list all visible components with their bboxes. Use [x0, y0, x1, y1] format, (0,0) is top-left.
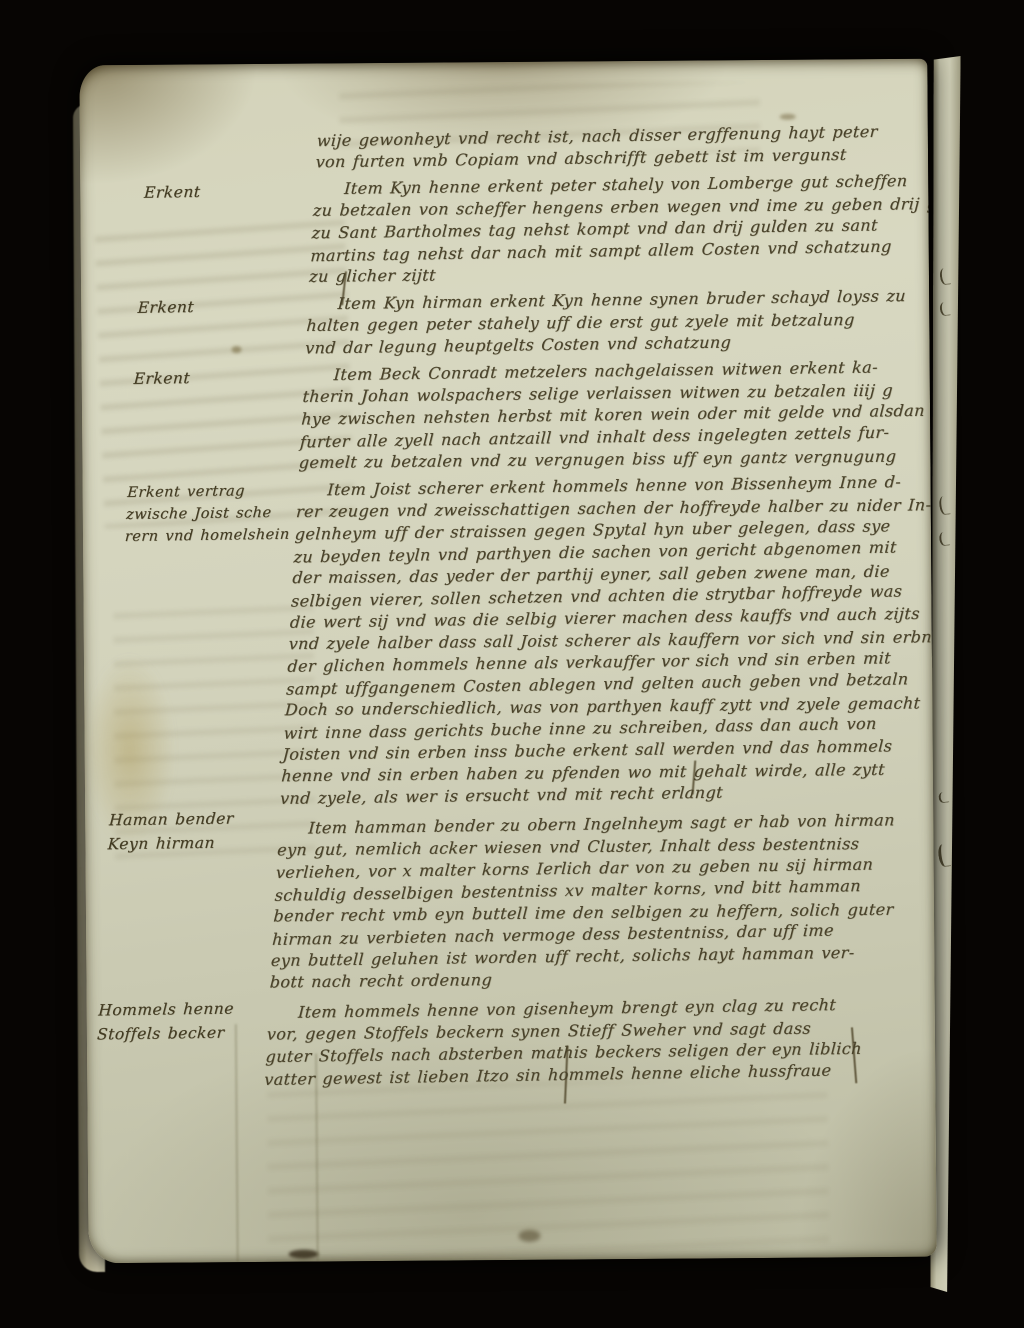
- margin-note-line: Hommels henne: [98, 996, 261, 1022]
- photo-scene: wije gewonheyt vnd recht ist, nach disse…: [0, 0, 1024, 1328]
- margin-note-line: zwische Joist sche: [125, 502, 288, 526]
- margin-note: Haman bender Keyn hirman: [107, 806, 272, 856]
- margin-note-line: Erkent: [143, 178, 306, 204]
- stain: [780, 114, 796, 120]
- clipped-ink-mark: [938, 495, 951, 515]
- margin-note-line: Erkent vertrag: [127, 480, 290, 504]
- clipped-ink-mark: [938, 791, 949, 803]
- margin-note-line: Stoffels becker: [96, 1020, 259, 1046]
- margin-note: Erkent: [137, 294, 300, 320]
- register-entry: Haman bender Keyn hirman Item hamman ben…: [269, 809, 937, 994]
- register-entry: Hommels henne Stoffels becker Item homme…: [264, 993, 929, 1090]
- clipped-ink-mark: [938, 531, 950, 546]
- margin-note-line: Erkent: [137, 294, 300, 320]
- margin-note-line: Erkent: [133, 365, 296, 391]
- handwritten-text: wije gewonheyt vnd recht ist, nach disse…: [264, 120, 937, 1090]
- crease: [235, 1024, 239, 1262]
- clipped-ink-mark: [939, 301, 951, 316]
- margin-note: Hommels henne Stoffels becker: [96, 996, 261, 1046]
- margin-note: Erkent: [143, 178, 306, 204]
- clipped-ink-mark: [937, 843, 951, 867]
- margin-note-line: Keyn hirman: [107, 830, 270, 856]
- margin-note: Erkent vertrag zwische Joist sche rern v…: [124, 480, 290, 548]
- margin-note-line: Haman bender: [108, 806, 271, 832]
- register-entry: Erkent Item Beck Conradt metzelers nachg…: [298, 355, 937, 474]
- manuscript-page: wije gewonheyt vnd recht ist, nach disse…: [79, 59, 936, 1264]
- manuscript-photo: { "colors": { "background": "#070503", "…: [0, 0, 1024, 1328]
- register-entry: Erkent vertrag zwische Joist sche rern v…: [279, 470, 936, 810]
- register-entry: Erkent Item Kyn henne erkent peter stahe…: [309, 169, 937, 288]
- margin-note-line: rern vnd homelshein: [124, 524, 287, 548]
- clipped-ink-mark: [939, 267, 951, 285]
- margin-note: Erkent: [133, 365, 296, 391]
- register-entry: wije gewonheyt vnd recht ist, nach disse…: [315, 120, 937, 173]
- ink-showthrough: [267, 1080, 828, 1264]
- register-entry: Erkent Item Kyn hirman erkent Kyn henne …: [305, 284, 937, 359]
